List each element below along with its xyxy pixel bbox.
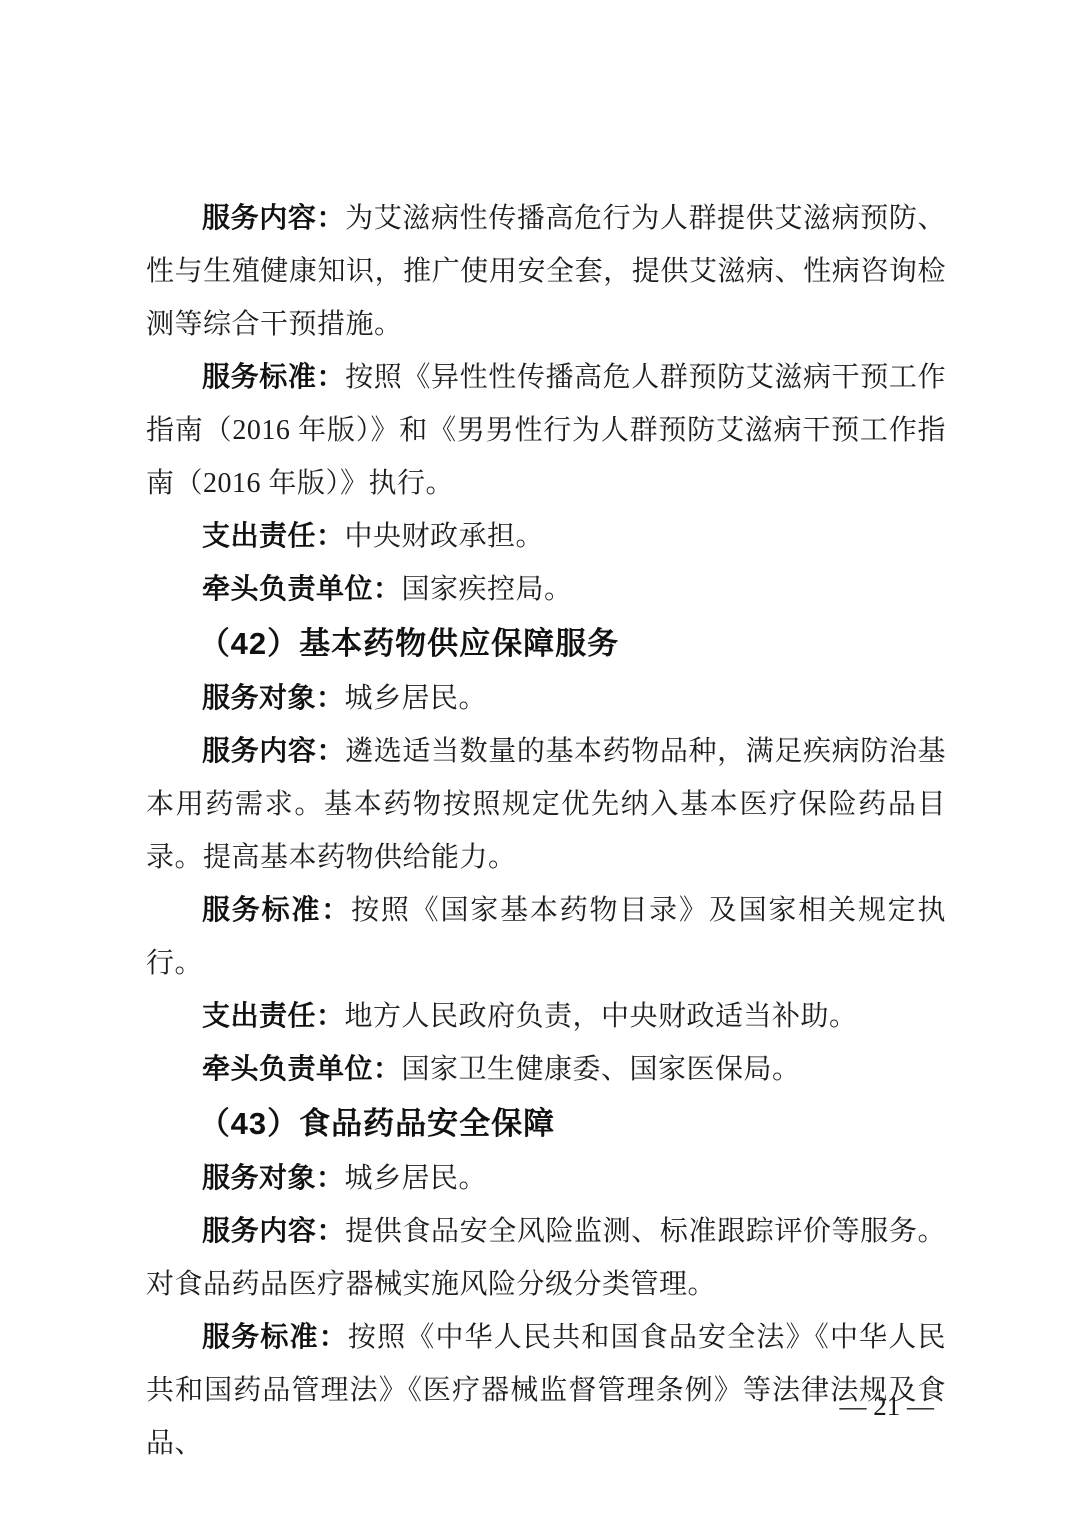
para-text: 地方人民政府负责，中央财政适当补助。 [345,1001,858,1032]
para-label: 牵头负责单位： [202,574,402,605]
para-text: 国家卫生健康委、国家医保局。 [402,1054,801,1085]
section-heading-42: （42）基本药物供应保障服务 [146,616,946,672]
para-service-content-41: 服务内容：为艾滋病性传播高危行为人群提供艾滋病预防、性与生殖健康知识，推广使用安… [146,192,946,351]
para-text: 国家疾控局。 [402,574,573,605]
document-page: 服务内容：为艾滋病性传播高危行为人群提供艾滋病预防、性与生殖健康知识，推广使用安… [0,0,1080,1527]
para-service-standard-42: 服务标准：按照《国家基本药物目录》及国家相关规定执行。 [146,884,946,990]
para-label: 牵头负责单位： [202,1054,402,1085]
para-text: 城乡居民。 [345,1163,488,1194]
para-lead-unit-42: 牵头负责单位：国家卫生健康委、国家医保局。 [146,1043,946,1096]
para-lead-unit-41: 牵头负责单位：国家疾控局。 [146,563,946,616]
para-label: 服务标准： [202,895,351,926]
para-text: 中央财政承担。 [345,521,545,552]
para-label: 服务标准： [202,362,345,393]
para-label: 服务内容： [202,1216,345,1247]
para-label: 支出责任： [202,1001,345,1032]
para-service-standard-43: 服务标准：按照《中华人民共和国食品安全法》《中华人民共和国药品管理法》《医疗器械… [146,1311,946,1470]
para-label: 服务内容： [202,736,345,767]
page-number: — 21 — [840,1391,935,1421]
para-expenditure-41: 支出责任：中央财政承担。 [146,510,946,563]
para-expenditure-42: 支出责任：地方人民政府负责，中央财政适当补助。 [146,990,946,1043]
para-label: 服务内容： [202,203,345,234]
para-label: 服务对象： [202,683,345,714]
para-label: 服务对象： [202,1163,345,1194]
para-label: 支出责任： [202,521,345,552]
para-service-target-43: 服务对象：城乡居民。 [146,1152,946,1205]
document-content: 服务内容：为艾滋病性传播高危行为人群提供艾滋病预防、性与生殖健康知识，推广使用安… [146,192,946,1470]
para-service-content-43: 服务内容：提供食品安全风险监测、标准跟踪评价等服务。对食品药品医疗器械实施风险分… [146,1205,946,1311]
para-label: 服务标准： [202,1322,348,1353]
para-service-standard-41: 服务标准：按照《异性性传播高危人群预防艾滋病干预工作指南（2016 年版）》和《… [146,351,946,510]
para-text: 城乡居民。 [345,683,488,714]
para-service-target-42: 服务对象：城乡居民。 [146,672,946,725]
section-heading-43: （43）食品药品安全保障 [146,1096,946,1152]
para-service-content-42: 服务内容：遴选适当数量的基本药物品种，满足疾病防治基本用药需求。基本药物按照规定… [146,725,946,884]
